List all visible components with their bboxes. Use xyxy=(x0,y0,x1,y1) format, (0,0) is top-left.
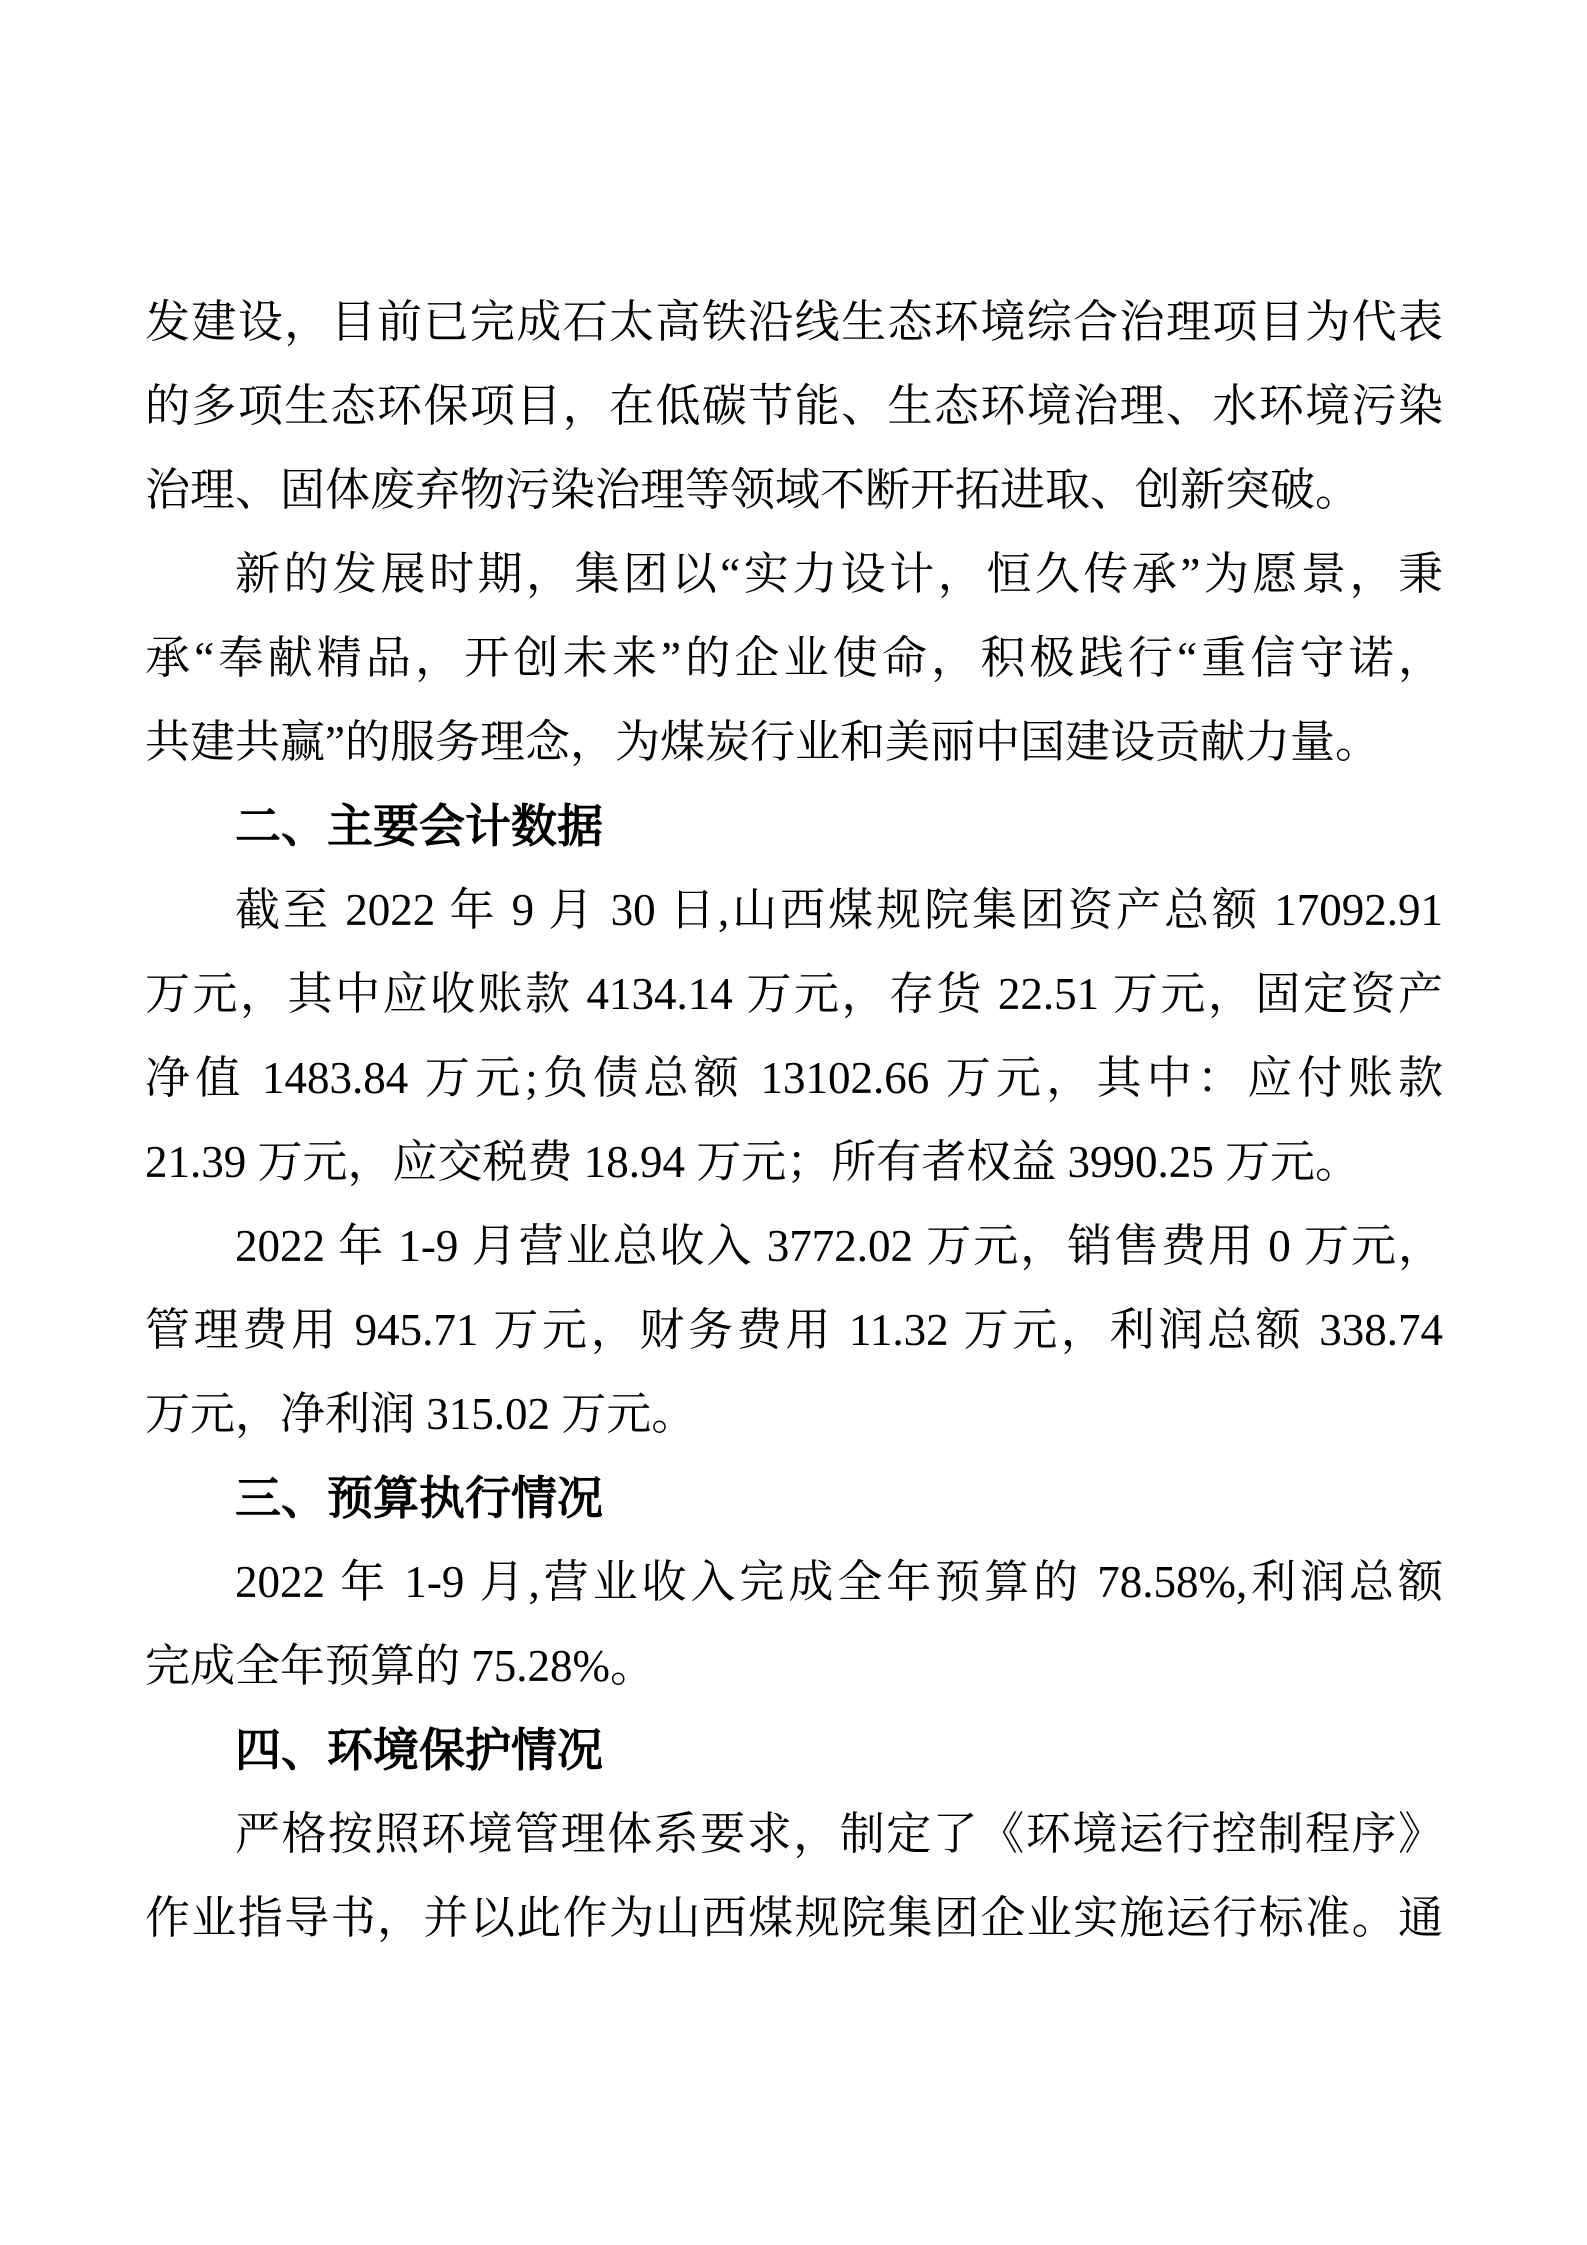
text-line: 共建共赢”的服务理念，为煤炭行业和美丽中国建设贡献力量。 xyxy=(145,700,1443,784)
section-heading-budget: 三、预算执行情况 xyxy=(145,1456,1443,1540)
text-content: 发建设，目前已完成石太高铁沿线生态环境综合治理项目为代表 的多项生态环保项目，在… xyxy=(145,280,1443,1960)
document-page: 发建设，目前已完成石太高铁沿线生态环境综合治理项目为代表 的多项生态环保项目，在… xyxy=(0,0,1587,2245)
text-line: 净值 1483.84 万元;负债总额 13102.66 万元，其中：应付账款 xyxy=(145,1036,1443,1120)
text-line: 万元，净利润 315.02 万元。 xyxy=(145,1372,1443,1456)
text-line: 严格按照环境管理体系要求，制定了《环境运行控制程序》 xyxy=(145,1792,1443,1876)
text-line: 21.39 万元，应交税费 18.94 万元；所有者权益 3990.25 万元。 xyxy=(145,1120,1443,1204)
section-heading-accounting: 二、主要会计数据 xyxy=(145,784,1443,868)
text-line: 截至 2022 年 9 月 30 日,山西煤规院集团资产总额 17092.91 xyxy=(145,868,1443,952)
text-line: 治理、固体废弃物污染治理等领域不断开拓进取、创新突破。 xyxy=(145,448,1443,532)
text-line: 的多项生态环保项目，在低碳节能、生态环境治理、水环境污染 xyxy=(145,364,1443,448)
text-line: 作业指导书，并以此作为山西煤规院集团企业实施运行标准。通 xyxy=(145,1876,1443,1960)
text-line: 完成全年预算的 75.28%。 xyxy=(145,1624,1443,1708)
text-line: 2022 年 1-9 月,营业收入完成全年预算的 78.58%,利润总额 xyxy=(145,1540,1443,1624)
text-line: 发建设，目前已完成石太高铁沿线生态环境综合治理项目为代表 xyxy=(145,280,1443,364)
text-line: 2022 年 1-9 月营业总收入 3772.02 万元，销售费用 0 万元， xyxy=(145,1204,1443,1288)
text-line: 万元，其中应收账款 4134.14 万元，存货 22.51 万元，固定资产 xyxy=(145,952,1443,1036)
text-line: 新的发展时期，集团以“实力设计，恒久传承”为愿景，秉 xyxy=(145,532,1443,616)
section-heading-environment: 四、环境保护情况 xyxy=(145,1708,1443,1792)
text-line: 管理费用 945.71 万元，财务费用 11.32 万元，利润总额 338.74 xyxy=(145,1288,1443,1372)
text-line: 承“奉献精品，开创未来”的企业使命，积极践行“重信守诺， xyxy=(145,616,1443,700)
